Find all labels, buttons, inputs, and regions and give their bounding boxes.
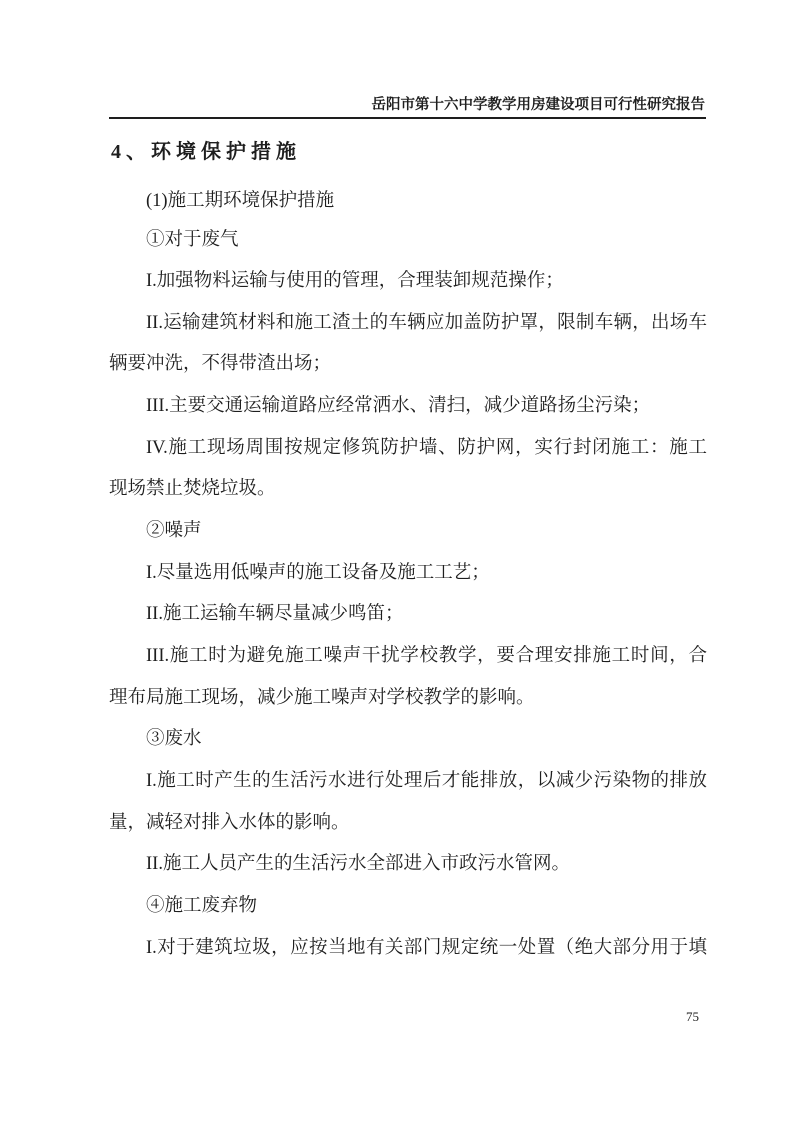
paragraph-line: 量，减轻对排入水体的影响。 [109, 811, 707, 835]
section-heading: 4、环境保护措施 [111, 140, 301, 164]
paragraph-line: I.尽量选用低噪声的施工设备及施工工艺； [109, 561, 707, 585]
header-rule [109, 117, 706, 119]
header-title: 岳阳市第十六中学教学用房建设项目可行性研究报告 [372, 97, 706, 113]
paragraph-line: ③废水 [109, 727, 707, 751]
paragraph-line: ④施工废弃物 [109, 894, 707, 918]
paragraph-line: ②噪声 [109, 519, 707, 543]
paragraph-line: I.对于建筑垃圾，应按当地有关部门规定统一处置（绝大部分用于填 [109, 936, 707, 960]
page-header: 岳阳市第十六中学教学用房建设项目可行性研究报告 [109, 97, 705, 113]
paragraph-line: ①对于废气 [109, 228, 707, 252]
paragraph-line: 辆要冲洗，不得带渣出场； [109, 352, 707, 376]
document-page: 岳阳市第十六中学教学用房建设项目可行性研究报告 4、环境保护措施 (1)施工期环… [0, 0, 793, 1122]
paragraph-line: II.施工运输车辆尽量减少鸣笛； [109, 602, 707, 626]
paragraph-line: IV.施工现场周围按规定修筑防护墙、防护网，实行封闭施工：施工 [109, 436, 707, 460]
paragraph-line: I.加强物料运输与使用的管理，合理装卸规范操作； [109, 269, 707, 293]
paragraph-line: 现场禁止焚烧垃圾。 [109, 477, 707, 501]
paragraph-line: II.施工人员产生的生活污水全部进入市政污水管网。 [109, 852, 707, 876]
paragraph-line: (1)施工期环境保护措施 [109, 189, 707, 213]
paragraph-line: II.运输建筑材料和施工渣土的车辆应加盖防护罩，限制车辆，出场车 [109, 311, 707, 335]
page-number: 75 [647, 1009, 699, 1024]
paragraph-line: 理布局施工现场，减少施工噪声对学校教学的影响。 [109, 686, 707, 710]
paragraph-line: I.施工时产生的生活污水进行处理后才能排放，以减少污染物的排放 [109, 769, 707, 793]
paragraph-line: III.施工时为避免施工噪声干扰学校教学，要合理安排施工时间，合 [109, 644, 707, 668]
paragraph-line: III.主要交通运输道路应经常洒水、清扫，减少道路扬尘污染； [109, 394, 707, 418]
